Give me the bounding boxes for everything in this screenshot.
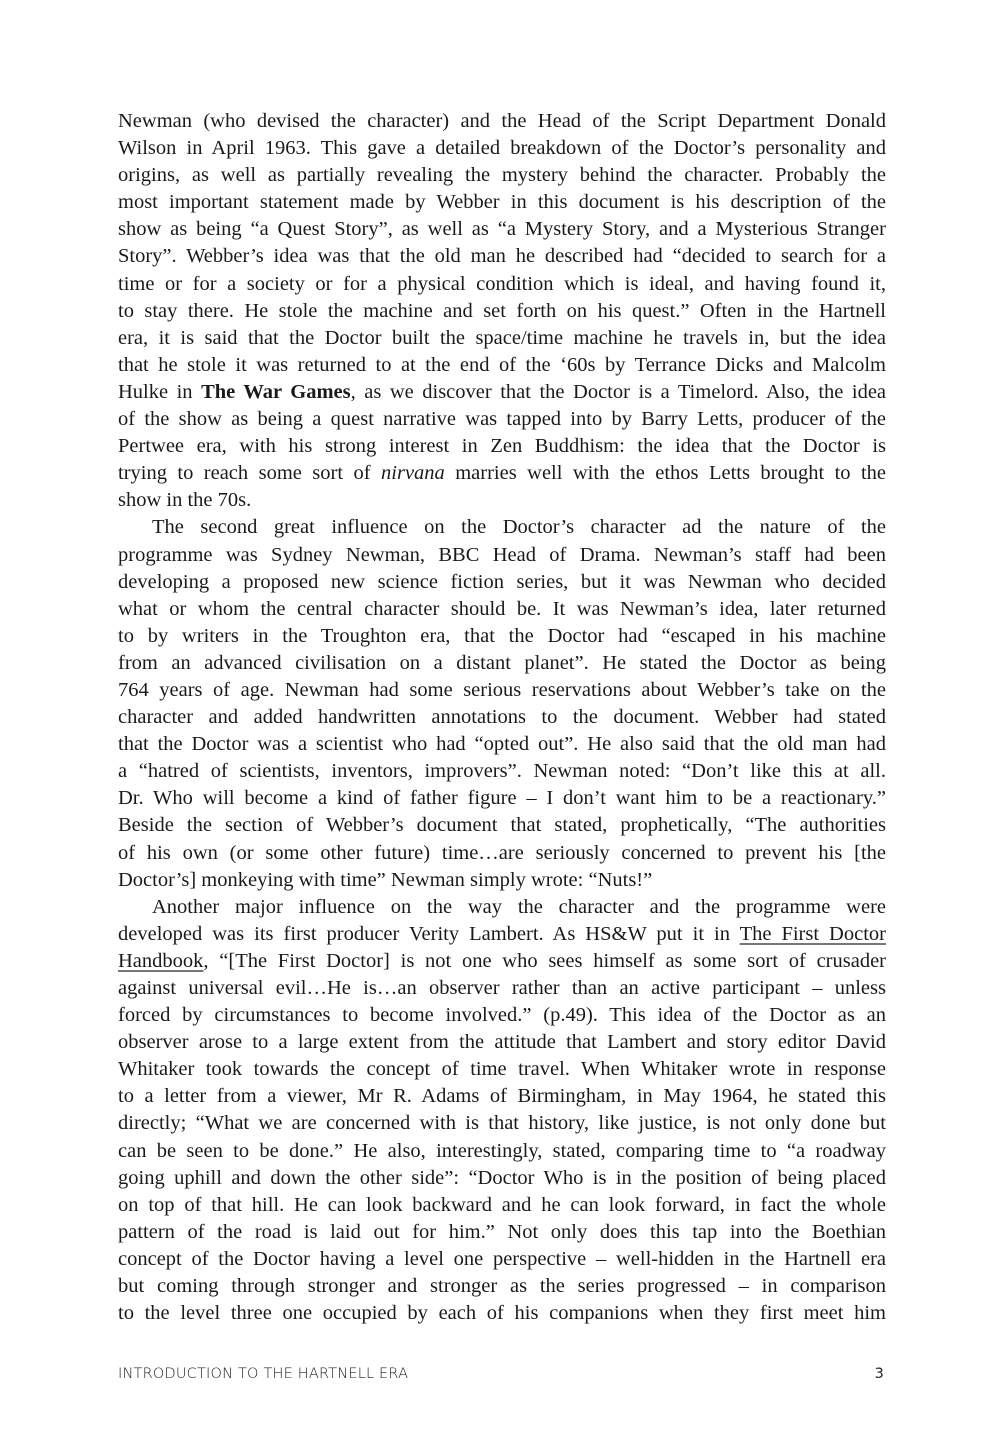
text-line: to a letter from a viewer, Mr R. Adams o…: [118, 1083, 886, 1110]
text-line: era, it is said that the Doctor built th…: [118, 325, 886, 352]
text-run: marries well with the ethos Letts brough…: [445, 462, 886, 484]
text-line: to the level three one occupied by each …: [118, 1300, 886, 1327]
text-run: from an advanced civilisation on a dista…: [118, 652, 886, 674]
text-run: Doctor’s] monkeying with time” Newman si…: [118, 869, 652, 891]
text-run: can be seen to be done.” He also, intere…: [118, 1140, 886, 1162]
text-line: The second great influence on the Doctor…: [118, 514, 886, 541]
text-line: Hulke in The War Games, as we discover t…: [118, 379, 886, 406]
text-line: to stay there. He stole the machine and …: [118, 298, 886, 325]
text-line: Handbook, “[The First Doctor] is not one…: [118, 948, 886, 975]
text-line: to by writers in the Troughton era, that…: [118, 623, 886, 650]
paragraph-2: The second great influence on the Doctor…: [118, 514, 886, 893]
text-line: character and added handwritten annotati…: [118, 704, 886, 731]
text-run: most important statement made by Webber …: [118, 191, 886, 213]
text-line: 764 years of age. Newman had some seriou…: [118, 677, 886, 704]
text-line: but coming through stronger and stronger…: [118, 1273, 886, 1300]
text-run: origins, as well as partially revealing …: [118, 164, 886, 186]
text-line: programme was Sydney Newman, BBC Head of…: [118, 542, 886, 569]
text-run: pattern of the road is laid out for him.…: [118, 1221, 886, 1243]
text-run: Story”. Webber’s idea was that the old m…: [118, 245, 886, 267]
text-run: show in the 70s.: [118, 489, 251, 511]
text-line: can be seen to be done.” He also, intere…: [118, 1138, 886, 1165]
text-line: trying to reach some sort of nirvana mar…: [118, 460, 886, 487]
underlined-title: Handbook: [118, 950, 203, 972]
text-line: Pertwee era, with his strong interest in…: [118, 433, 886, 460]
text-line: of his own (or some other future) time…a…: [118, 840, 886, 867]
page-footer: Introduction to the Hartnell Era 3: [118, 1366, 886, 1386]
text-line: pattern of the road is laid out for him.…: [118, 1219, 886, 1246]
text-run: on top of that hill. He can look backwar…: [118, 1194, 886, 1216]
text-run: time or for a society or for a physical …: [118, 273, 886, 295]
text-run: of his own (or some other future) time…a…: [118, 842, 886, 864]
text-run: , as we discover that the Doctor is a Ti…: [351, 381, 886, 403]
text-run: to a letter from a viewer, Mr R. Adams o…: [118, 1085, 886, 1107]
running-title: Introduction to the Hartnell Era: [118, 1366, 408, 1382]
text-line: Doctor’s] monkeying with time” Newman si…: [118, 867, 886, 894]
text-line: developed was its first producer Verity …: [118, 921, 886, 948]
text-run: show as being “a Quest Story”, as well a…: [118, 218, 886, 240]
text-line: Whitaker took towards the concept of tim…: [118, 1056, 886, 1083]
text-line: that the Doctor was a scientist who had …: [118, 731, 886, 758]
text-line: concept of the Doctor having a level one…: [118, 1246, 886, 1273]
text-line: on top of that hill. He can look backwar…: [118, 1192, 886, 1219]
italic-term: nirvana: [381, 462, 445, 484]
text-line: against universal evil…He is…an observer…: [118, 975, 886, 1002]
paragraph-3: Another major influence on the way the c…: [118, 894, 886, 1328]
text-line: show as being “a Quest Story”, as well a…: [118, 216, 886, 243]
text-line: Dr. Who will become a kind of father fig…: [118, 785, 886, 812]
text-run: programme was Sydney Newman, BBC Head of…: [118, 544, 886, 566]
text-line: show in the 70s.: [118, 487, 886, 514]
text-run: concept of the Doctor having a level one…: [118, 1248, 886, 1270]
text-line: origins, as well as partially revealing …: [118, 162, 886, 189]
text-run: Pertwee era, with his strong interest in…: [118, 435, 886, 457]
text-run: going uphill and down the other side”: “…: [118, 1167, 886, 1189]
text-run: what or whom the central character shoul…: [118, 598, 886, 620]
text-run: but coming through stronger and stronger…: [118, 1275, 886, 1297]
page-number: 3: [875, 1366, 884, 1382]
text-run: Wilson in April 1963. This gave a detail…: [118, 137, 886, 159]
text-run: that he stole it was returned to at the …: [118, 354, 886, 376]
underlined-title: The First Doctor: [740, 923, 886, 945]
paragraph-1: Newman (who devised the character) and t…: [118, 108, 886, 514]
text-line: Newman (who devised the character) and t…: [118, 108, 886, 135]
bold-title: The War Games: [201, 381, 351, 403]
text-line: directly; “What we are concerned with is…: [118, 1110, 886, 1137]
text-run: Beside the section of Webber’s document …: [118, 814, 886, 836]
text-run: to by writers in the Troughton era, that…: [118, 625, 886, 647]
text-run: that the Doctor was a scientist who had …: [118, 733, 886, 755]
text-run: , “[The First Doctor] is not one who see…: [203, 950, 886, 972]
text-run: Whitaker took towards the concept of tim…: [118, 1058, 886, 1080]
text-run: observer arose to a large extent from th…: [118, 1031, 886, 1053]
text-line: Beside the section of Webber’s document …: [118, 812, 886, 839]
text-run: of the show as being a quest narrative w…: [118, 408, 886, 430]
text-run: a “hatred of scientists, inventors, impr…: [118, 760, 886, 782]
text-run: developed was its first producer Verity …: [118, 923, 740, 945]
text-line: what or whom the central character shoul…: [118, 596, 886, 623]
text-line: Story”. Webber’s idea was that the old m…: [118, 243, 886, 270]
text-line: from an advanced civilisation on a dista…: [118, 650, 886, 677]
text-line: observer arose to a large extent from th…: [118, 1029, 886, 1056]
text-run: directly; “What we are concerned with is…: [118, 1112, 886, 1134]
text-line: most important statement made by Webber …: [118, 189, 886, 216]
text-line: going uphill and down the other side”: “…: [118, 1165, 886, 1192]
text-run: 764 years of age. Newman had some seriou…: [118, 679, 886, 701]
text-run: forced by circumstances to become involv…: [118, 1004, 886, 1026]
text-line: a “hatred of scientists, inventors, impr…: [118, 758, 886, 785]
text-line: developing a proposed new science fictio…: [118, 569, 886, 596]
document-page: Newman (who devised the character) and t…: [0, 0, 1004, 1441]
text-run: trying to reach some sort of: [118, 462, 381, 484]
text-run: character and added handwritten annotati…: [118, 706, 886, 728]
text-run: developing a proposed new science fictio…: [118, 571, 886, 593]
text-line: that he stole it was returned to at the …: [118, 352, 886, 379]
body-text: Newman (who devised the character) and t…: [118, 108, 886, 1327]
text-run: Newman (who devised the character) and t…: [118, 110, 886, 132]
text-run: Another major influence on the way the c…: [152, 896, 886, 918]
text-run: to stay there. He stole the machine and …: [118, 300, 886, 322]
text-line: Another major influence on the way the c…: [118, 894, 886, 921]
text-line: time or for a society or for a physical …: [118, 271, 886, 298]
text-run: against universal evil…He is…an observer…: [118, 977, 886, 999]
text-line: of the show as being a quest narrative w…: [118, 406, 886, 433]
text-run: era, it is said that the Doctor built th…: [118, 327, 886, 349]
text-run: Dr. Who will become a kind of father fig…: [118, 787, 886, 809]
text-run: Hulke in: [118, 381, 201, 403]
text-run: The second great influence on the Doctor…: [152, 516, 886, 538]
text-line: forced by circumstances to become involv…: [118, 1002, 886, 1029]
text-run: to the level three one occupied by each …: [118, 1302, 886, 1324]
text-line: Wilson in April 1963. This gave a detail…: [118, 135, 886, 162]
